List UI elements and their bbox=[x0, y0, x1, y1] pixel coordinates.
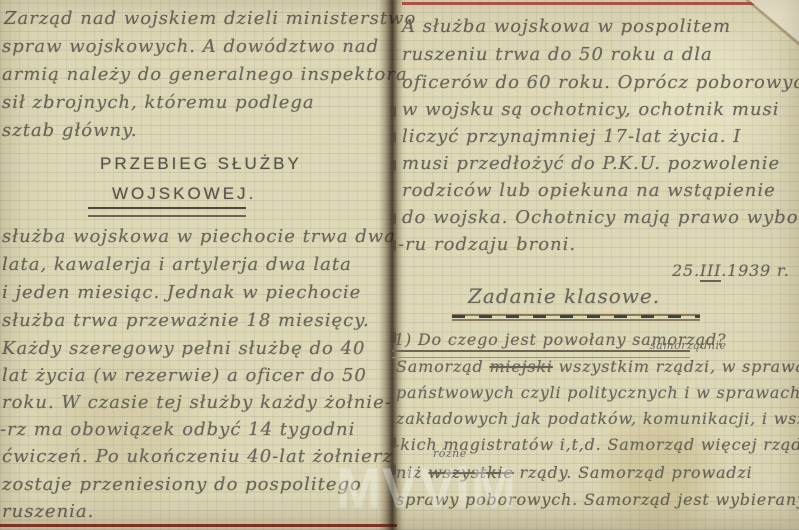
handwriting-line: służba trwa przeważnie 18 miesięcy. bbox=[2, 308, 370, 334]
superscript-correction: samorządnie bbox=[650, 339, 727, 352]
date: 25.III.1939 r. bbox=[672, 258, 790, 284]
handwriting-line: A służba wojskowa w pospolitem bbox=[402, 14, 731, 40]
handwriting-line: służba wojskowa w piechocie trwa dwa bbox=[2, 224, 396, 250]
section-heading-line1: PRZEBIEG SŁUŻBY bbox=[100, 154, 302, 174]
superscript-correction: różne bbox=[433, 447, 467, 460]
top-margin-line bbox=[402, 2, 774, 5]
handwriting-line: i jeden miesiąc. Jednak w piechocie bbox=[2, 280, 361, 306]
handwriting-line: Zarząd nad wojskiem dzieli ministerstwo bbox=[4, 6, 416, 32]
handwriting-line: lata, kawalerja i artylerja dwa lata bbox=[2, 252, 352, 278]
handwriting-line: ruszenia. bbox=[2, 499, 94, 525]
handwriting-line: zostaje przeniesiony do pospolitego bbox=[2, 472, 362, 498]
gutter-mark bbox=[391, 106, 396, 117]
gutter-mark bbox=[391, 240, 396, 251]
gutter-mark bbox=[391, 132, 396, 143]
handwriting-line: armią należy do generalnego inspektora bbox=[2, 62, 408, 88]
handwriting-line: sztab główny. bbox=[2, 118, 138, 144]
answer-line: Samorząd miejski wszystkim rządzi, w spr… bbox=[396, 354, 799, 380]
date-month-roman: III bbox=[700, 261, 721, 282]
section-heading-line2: WOJSKOWEJ. bbox=[112, 184, 256, 204]
handwriting-line: -ru rodzaju broni. bbox=[398, 232, 576, 258]
exercise-heading: Zadanie klasowe. bbox=[468, 283, 660, 309]
date-day: 25. bbox=[672, 261, 700, 280]
handwriting-line: sił zbrojnych, któremu podlega bbox=[2, 90, 315, 116]
answer-line: sprawy poborowych. Samorząd jest wybiera… bbox=[396, 487, 799, 513]
handwriting-line: do wojska. Ochotnicy mają prawo wybo- bbox=[402, 205, 799, 231]
answer-line: zakładowych jak podatków, komunikacji, i… bbox=[396, 406, 799, 432]
handwriting-line: lat życia (w rezerwie) a oficer do 50 bbox=[2, 363, 367, 389]
corner-fold bbox=[749, 0, 799, 42]
handwriting-line: spraw wojskowych. A dowództwo nad bbox=[2, 34, 379, 60]
handwriting-line: roku. W czasie tej służby każdy żołnie- bbox=[2, 390, 392, 416]
answer-text: w sprawach bbox=[716, 357, 799, 376]
bottom-margin-line bbox=[0, 524, 397, 527]
handwriting-line: w wojsku są ochotnicy, ochotnik musi bbox=[402, 97, 780, 123]
handwriting-line: liczyć przynajmniej 17-lat życia. I bbox=[402, 124, 741, 150]
handwriting-line: -rz ma obowiązek odbyć 14 tygodni bbox=[0, 417, 355, 443]
answer-line: państwowych czyli politycznych i w spraw… bbox=[396, 380, 799, 406]
handwriting-line: rodziców lub opiekuna na wstąpienie bbox=[402, 178, 776, 204]
date-rest: .1939 r. bbox=[721, 261, 789, 280]
answer-text: Samorząd bbox=[396, 357, 489, 376]
handwriting-line: musi przedłożyć do P.K.U. pozwolenie bbox=[402, 151, 780, 177]
answer-text: rządy. Samorząd prowadzi bbox=[514, 463, 753, 482]
handwriting-line: ruszeniu trwa do 50 roku a dla bbox=[402, 42, 713, 68]
struck-word: wszystkie bbox=[428, 463, 514, 482]
gutter-mark bbox=[391, 213, 396, 224]
answer-text: niż bbox=[396, 463, 428, 482]
handwriting-line: Każdy szeregowy pełni służbę do 40 bbox=[2, 336, 365, 362]
handwriting-line: ćwiczeń. Po ukończeniu 40-lat żołnierz bbox=[2, 444, 393, 470]
heading-underline bbox=[88, 207, 246, 217]
exercise-heading-underline bbox=[452, 314, 700, 321]
answer-line: niż wszystkie rządy. Samorząd prowadzi bbox=[396, 460, 752, 486]
gutter-mark bbox=[391, 160, 396, 171]
notebook-scan: Zarząd nad wojskiem dzieli ministerstwo … bbox=[0, 0, 799, 530]
answer-text: wszystkim rządzi, bbox=[553, 357, 716, 376]
struck-word: miejski bbox=[489, 357, 552, 376]
handwriting-line: oficerów do 60 roku. Oprócz poborowych bbox=[402, 70, 799, 96]
